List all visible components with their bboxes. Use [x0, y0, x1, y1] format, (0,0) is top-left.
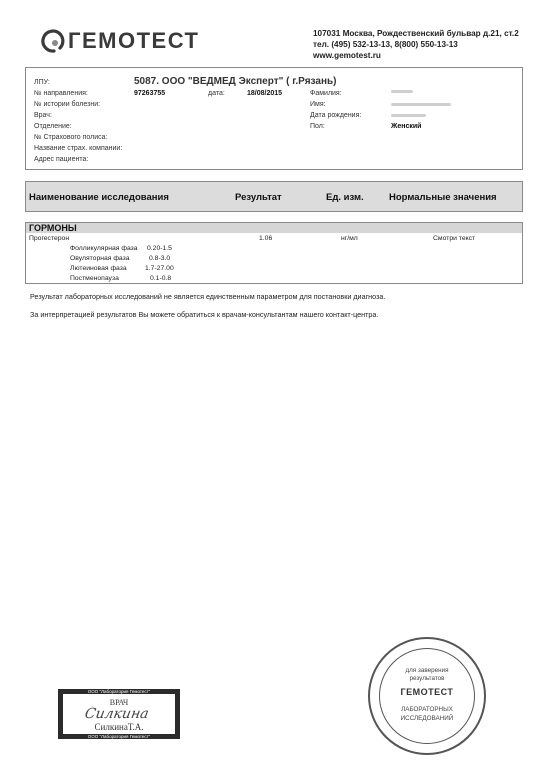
surname-label: Фамилия:	[310, 90, 342, 97]
test-reference: Смотри текст	[433, 235, 475, 242]
phase-label: Фолликулярная фаза	[70, 245, 138, 252]
date-value: 18/08/2015	[247, 90, 282, 97]
phase-label: Постменопауза	[70, 275, 119, 282]
referral-value: 97263755	[134, 90, 165, 97]
phase-range: 0.20-1.5	[147, 245, 172, 252]
phase-range: 1.7-27.00	[145, 265, 174, 272]
history-label: № истории болезни:	[34, 101, 100, 108]
stamp-org-top: ООО "Лаборатория Гемотест"	[63, 689, 175, 694]
company-address: 107031 Москва, Рождественский бульвар д.…	[313, 28, 519, 39]
policy-label: № Страхового полиса:	[34, 134, 107, 141]
results-table-body: ГОРМОНЫ Прогестерон 1.06 нг/мл Смотри те…	[25, 222, 523, 284]
date-label: дата:	[208, 90, 225, 97]
insurer-label: Название страх. компании:	[34, 145, 122, 152]
patient-info-box: ЛПУ: 5087. ООО "ВЕДМЕД Эксперт" ( г.Ряза…	[25, 67, 523, 170]
phase-label: Лютеиновая фаза	[70, 265, 127, 272]
gemotest-ring-dot-icon	[40, 28, 66, 54]
column-test-name: Наименование исследования	[29, 192, 169, 203]
referral-label: № направления:	[34, 90, 88, 97]
phase-label: Овуляторная фаза	[70, 255, 130, 262]
lpu-label: ЛПУ:	[34, 79, 50, 86]
department-label: Отделение:	[34, 123, 72, 130]
seal-logo: ГЕМОТЕСТ	[370, 687, 484, 697]
doctor-label: Врач:	[34, 112, 52, 119]
test-result: 1.06	[259, 235, 272, 242]
seal-top-text: для заверения результатов	[370, 667, 484, 683]
company-logo: ГЕМОТЕСТ	[40, 28, 199, 54]
redacted-birthdate	[391, 114, 426, 117]
certification-seal: для заверения результатов ГЕМОТЕСТ ЛАБОР…	[368, 637, 486, 755]
logo-text: ГЕМОТЕСТ	[68, 28, 199, 54]
birthdate-label: Дата рождения:	[310, 112, 361, 119]
seal-bottom-text: ЛАБОРАТОРНЫХ ИССЛЕДОВАНИЙ	[370, 705, 484, 723]
company-phones: тел. (495) 532-13-13, 8(800) 550-13-13	[313, 39, 519, 50]
disclaimer-note: Результат лабораторных исследований не я…	[30, 292, 385, 301]
column-result: Результат	[235, 192, 282, 203]
consultation-note: За интерпретацией результатов Вы можете …	[30, 310, 378, 319]
redacted-name	[391, 103, 451, 106]
column-unit: Ед. изм.	[326, 192, 364, 203]
column-reference: Нормальные значения	[389, 192, 497, 203]
stamp-doctor-name: СилкинаТ.А.	[63, 722, 175, 732]
stamp-org-bottom: ООО "Лаборатория Гемотест"	[63, 734, 175, 739]
company-website[interactable]: www.gemotest.ru	[313, 50, 519, 61]
redacted-surname	[391, 90, 413, 93]
doctor-signature: Силкина	[84, 706, 150, 722]
patient-address-label: Адрес пациента:	[34, 156, 88, 163]
sex-value: Женский	[391, 123, 421, 130]
test-unit: нг/мл	[341, 235, 358, 242]
group-header: ГОРМОНЫ	[26, 223, 522, 233]
doctor-stamp: ООО "Лаборатория Гемотест" ВРАЧ Силкина …	[58, 689, 180, 739]
lpu-value: 5087. ООО "ВЕДМЕД Эксперт" ( г.Рязань)	[134, 76, 336, 87]
group-title: ГОРМОНЫ	[29, 223, 77, 233]
results-table-header: Наименование исследования Результат Ед. …	[25, 181, 523, 212]
test-name: Прогестерон	[29, 235, 69, 242]
phase-range: 0.1-0.8	[150, 275, 171, 282]
sex-label: Пол:	[310, 123, 325, 130]
phase-range: 0.8-3.0	[149, 255, 170, 262]
name-label: Имя:	[310, 101, 326, 108]
company-contacts: 107031 Москва, Рождественский бульвар д.…	[313, 28, 519, 61]
